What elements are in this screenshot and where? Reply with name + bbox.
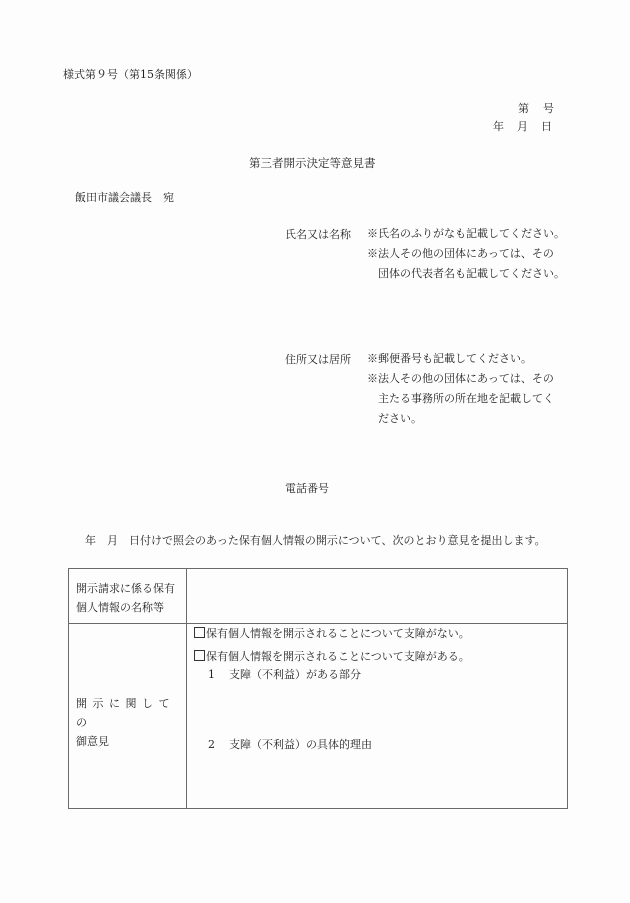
info-name-label-cell: 開示請求に係る保有 個人情報の名称等 xyxy=(69,569,187,624)
sub-item-affected-part: 1支障（不利益）がある部分 xyxy=(187,664,567,682)
address-note-2: ※法人その他の団体にあっては、その xyxy=(367,369,554,389)
table-row-info-name: 開示請求に係る保有 個人情報の名称等 xyxy=(69,569,568,624)
sub-item-specific-reason: 2支障（不利益）の具体的理由 xyxy=(187,682,567,752)
option-no-issue[interactable]: 保有個人情報を開示されることについて支障がない。 xyxy=(187,624,567,641)
address-note-4: ださい。 xyxy=(367,409,554,429)
form-number: 様式第９号（第15条関係） xyxy=(63,69,198,80)
address-note-1: ※郵便番号も記載してください。 xyxy=(367,349,554,369)
document-date: 年月日 xyxy=(493,121,552,132)
option-issue[interactable]: 保有個人情報を開示されることについて支障がある。 xyxy=(187,641,567,664)
name-note-2: ※法人その他の団体にあっては、その xyxy=(367,244,565,264)
phone-field-label: 電話番号 xyxy=(285,483,329,494)
doc-no-suffix: 号 xyxy=(543,103,554,114)
address-field-notes: ※郵便番号も記載してください。 ※法人その他の団体にあっては、その 主たる事務所… xyxy=(367,349,554,429)
doc-no-prefix: 第 xyxy=(518,103,529,114)
address-field-label: 住所又は居所 xyxy=(285,354,351,365)
statement-text: 年 月 日付けで照会のあった保有個人情報の開示について、次のとおり意見を提出しま… xyxy=(85,535,546,546)
document-page: 様式第９号（第15条関係） 第号 年月日 第三者開示決定等意見書 飯田市議会議長… xyxy=(0,0,630,903)
checkbox-no-issue[interactable] xyxy=(194,627,205,638)
sub-item-1-number: 1 xyxy=(208,668,229,682)
option-issue-label: 保有個人情報を開示されることについて支障がある。 xyxy=(206,650,470,663)
opinion-label-line2: 御意見 xyxy=(76,732,186,751)
name-note-3: 団体の代表者名も記載してください。 xyxy=(367,264,565,284)
info-name-label-line2: 個人情報の名称等 xyxy=(76,598,186,617)
opinion-table: 開示請求に係る保有 個人情報の名称等 開示に関しての 御意見 保有個人情報を開示… xyxy=(68,568,568,809)
opinion-label-cell: 開示に関しての 御意見 xyxy=(69,624,187,809)
option-no-issue-label: 保有個人情報を開示されることについて支障がない。 xyxy=(206,627,470,640)
addressee: 飯田市議会議長 宛 xyxy=(75,192,174,203)
opinion-content-cell: 保有個人情報を開示されることについて支障がない。 保有個人情報を開示されることに… xyxy=(187,624,568,809)
date-day: 日 xyxy=(541,121,552,132)
name-field-notes: ※氏名のふりがなも記載してください。 ※法人その他の団体にあっては、その 団体の… xyxy=(367,224,565,284)
sub-item-1-text: 支障（不利益）がある部分 xyxy=(229,668,361,681)
info-name-input-cell[interactable] xyxy=(187,569,568,624)
document-title: 第三者開示決定等意見書 xyxy=(249,158,376,170)
date-year: 年 xyxy=(493,121,504,132)
table-row-opinion: 開示に関しての 御意見 保有個人情報を開示されることについて支障がない。 保有個… xyxy=(69,624,568,809)
checkbox-issue[interactable] xyxy=(194,650,205,661)
name-note-1: ※氏名のふりがなも記載してください。 xyxy=(367,224,565,244)
document-number: 第号 xyxy=(518,103,554,114)
name-field-label: 氏名又は名称 xyxy=(285,229,351,240)
opinion-label-line1: 開示に関しての xyxy=(76,694,186,732)
sub-item-2-number: 2 xyxy=(208,738,229,752)
address-note-3: 主たる事務所の所在地を記載してく xyxy=(367,389,554,409)
sub-item-2-text: 支障（不利益）の具体的理由 xyxy=(229,738,372,751)
info-name-label-line1: 開示請求に係る保有 xyxy=(76,579,186,598)
date-month: 月 xyxy=(517,121,528,132)
